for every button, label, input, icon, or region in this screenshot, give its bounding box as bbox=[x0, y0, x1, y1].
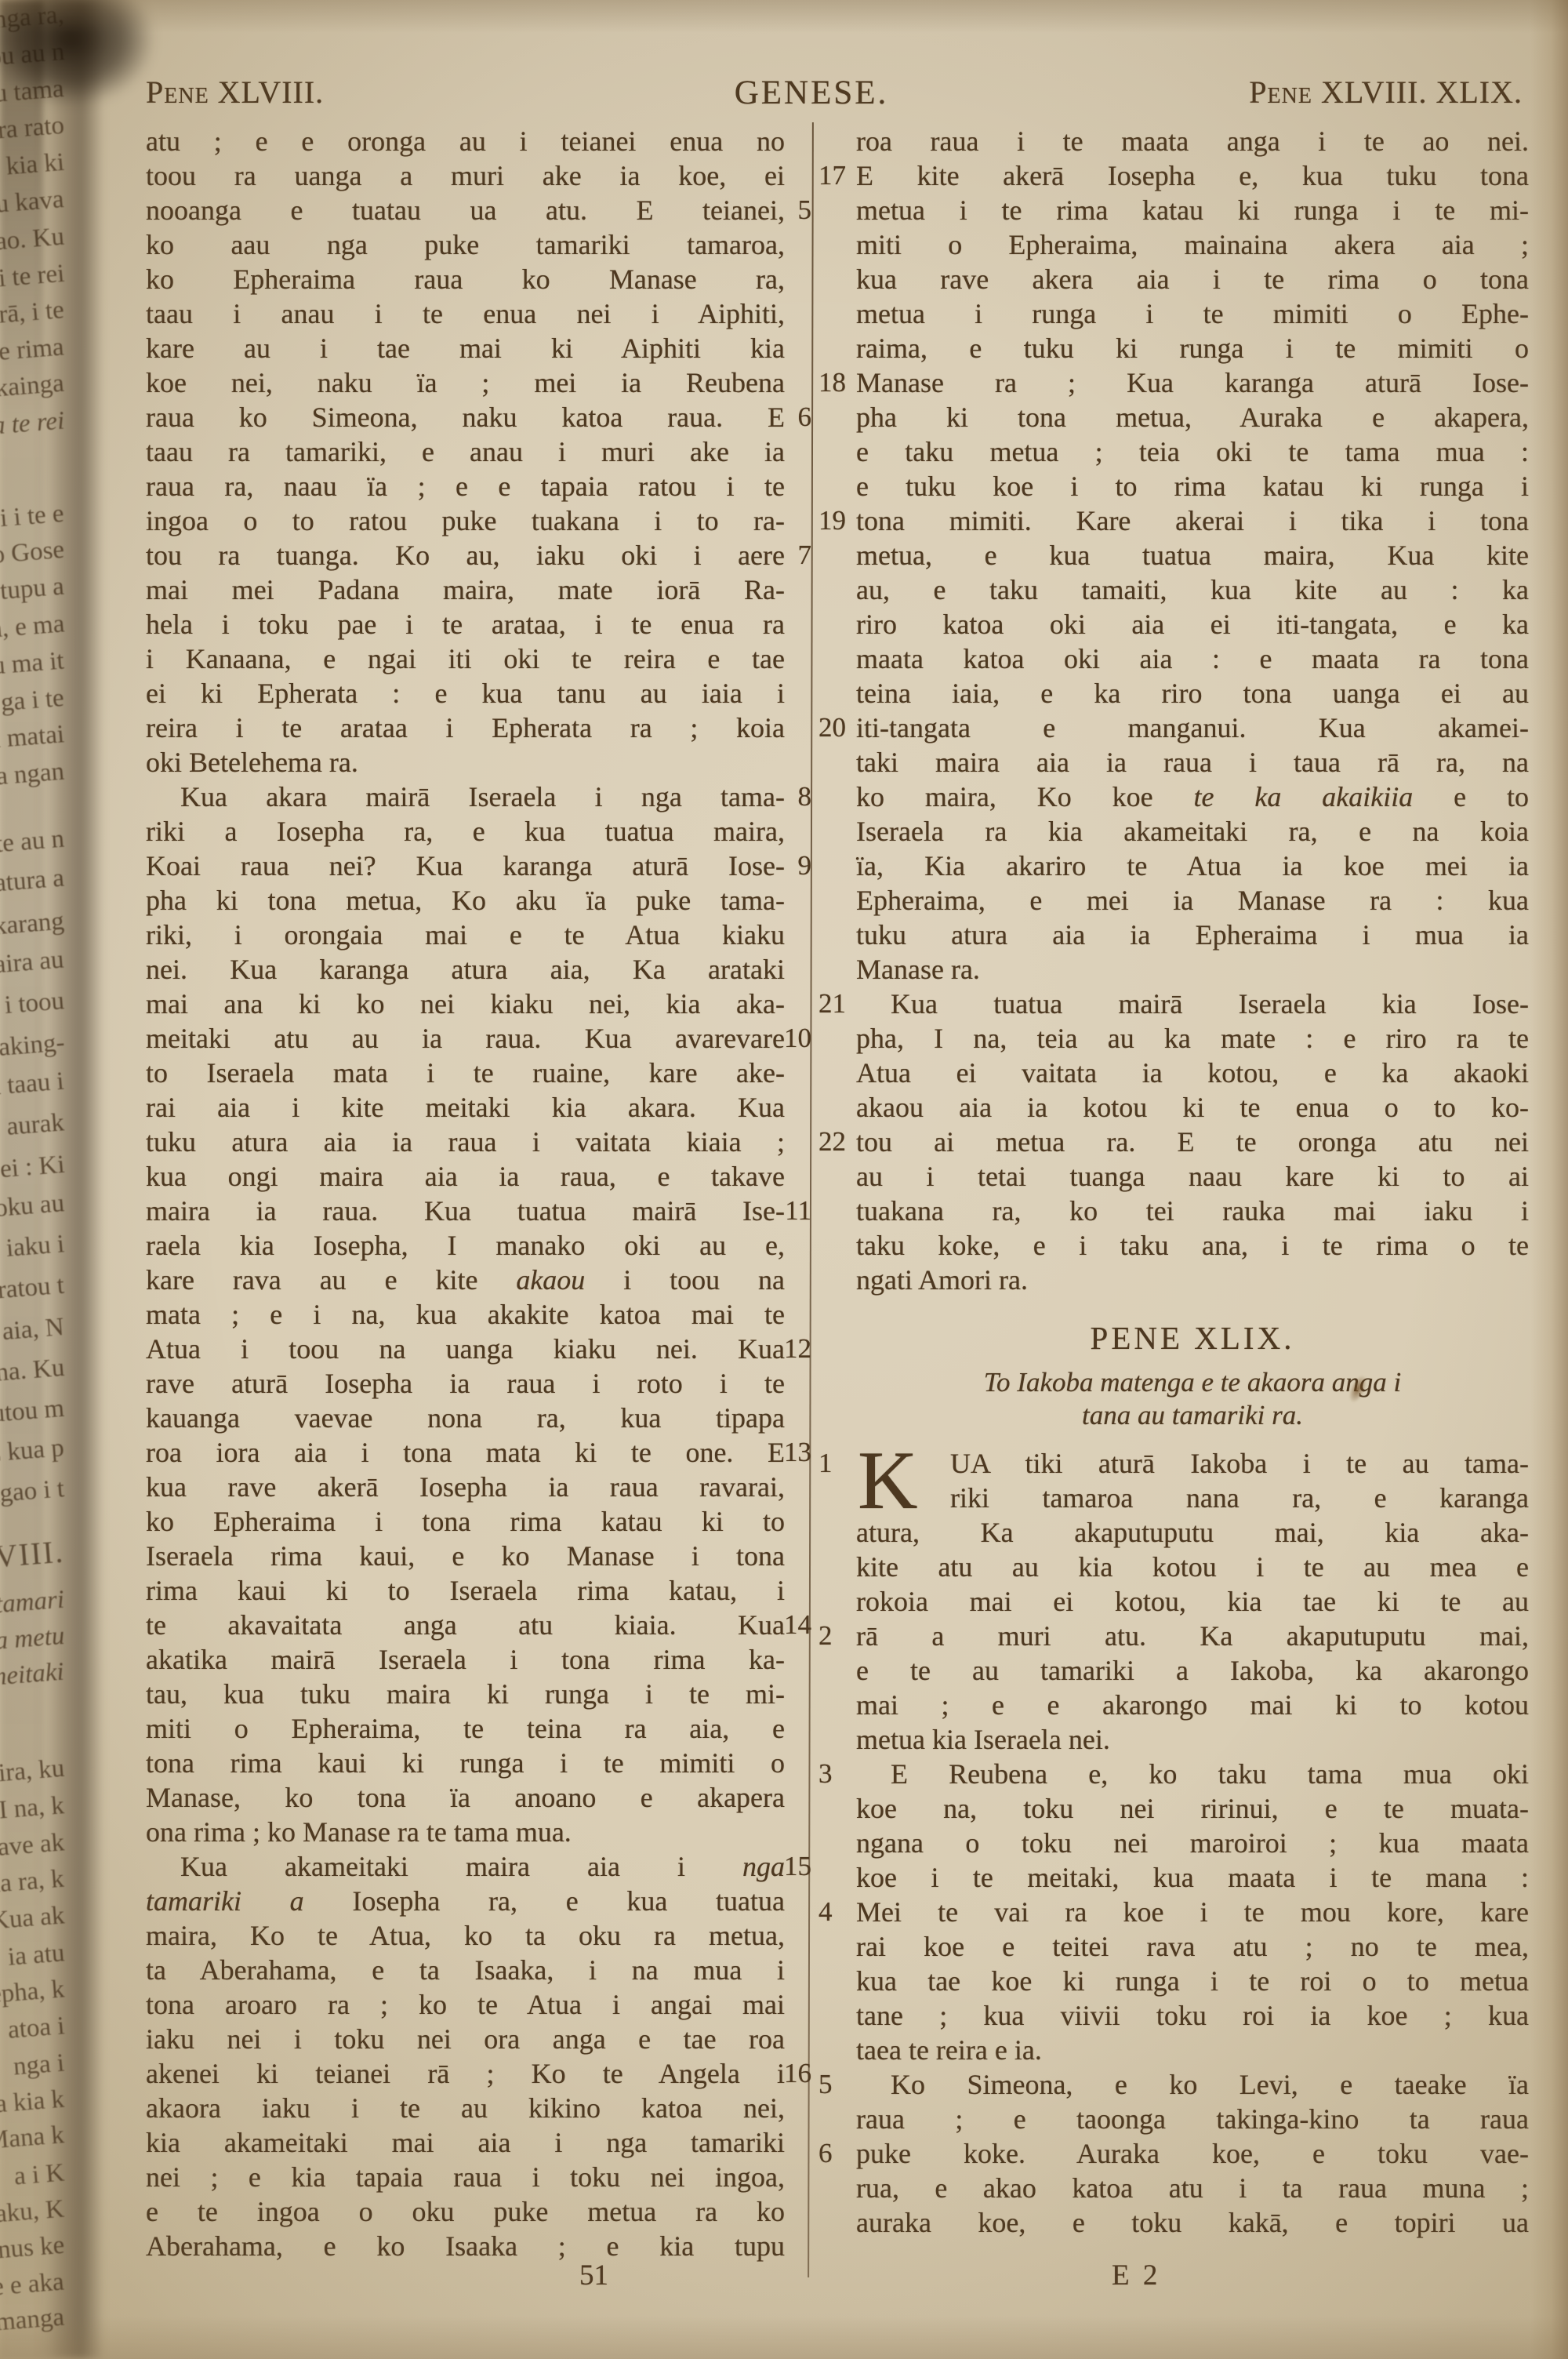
text-line: UA tiki aturā Iakoba i te au tama- bbox=[856, 1446, 1529, 1481]
text-line-content: taau i anau i te enua nei i Aiphiti, bbox=[146, 296, 785, 331]
ghost-text-fragment: aira rato bbox=[0, 111, 65, 147]
text-line: rua, e akao katoa atu i ta raua muna ; bbox=[856, 2171, 1529, 2205]
text-line-content: Manase ra. bbox=[856, 952, 1529, 987]
ghost-text-fragment: tamari bbox=[0, 1586, 65, 1620]
text-line: iaku nei i toku nei ora anga e tae roa bbox=[146, 2022, 785, 2056]
verse-number: 10 bbox=[784, 1021, 811, 1056]
text-line-content: tou ra tuanga. Ko au, iaku oki i aere bbox=[146, 538, 785, 572]
text-line: ko maira, Ko koe te ka akaikiia e to bbox=[856, 780, 1529, 814]
ghost-text-fragment: a kia k bbox=[0, 2085, 65, 2120]
text-line-content: akenei ki teianei rā ; Ko te Angela i bbox=[146, 2056, 785, 2091]
left-text-column: atu ; e e oronga au i teianei enua notoo… bbox=[146, 124, 785, 2263]
text-line: tona mimiti. Kare akerai i tika i tona19 bbox=[856, 503, 1529, 538]
text-line-content: reira i te arataa i Epherata ra ; koia bbox=[146, 711, 785, 745]
text-line: kua rave akera aia i te rima o tona bbox=[856, 262, 1529, 296]
ghost-text-fragment: taking- bbox=[0, 1028, 65, 1063]
text-line: Mei te vai ra koe i te mou kore, kare4 bbox=[856, 1895, 1529, 1929]
text-line: nei. Kua karanga atura aia, Ka arataki bbox=[146, 952, 785, 987]
verse-number: 13 bbox=[784, 1435, 811, 1470]
ghost-text-fragment: a, e ma bbox=[0, 609, 65, 644]
text-line: oki Betelehema ra. bbox=[146, 745, 785, 780]
verse-number: 6 bbox=[818, 2136, 833, 2171]
text-line: mai ana ki ko nei kiaku nei, kia aka- bbox=[146, 987, 785, 1021]
text-line: Manase ra. bbox=[856, 952, 1529, 987]
text-line-content: Epheraima, e mei ia Manase ra : kua bbox=[856, 883, 1529, 918]
text-line: tona rima kaui ki runga i te mimiti o bbox=[146, 1746, 785, 1780]
text-line: E kite akerā Iosepha e, kua tuku tona17 bbox=[856, 158, 1529, 193]
text-line-content: au, e taku tamaiti, kua kite au : ka bbox=[856, 572, 1529, 607]
ghost-text-fragment: toku au bbox=[0, 1189, 65, 1224]
ghost-text-fragment: epha, k bbox=[0, 1975, 65, 2009]
text-line: metua i te rima katau ki runga i te mi- bbox=[856, 193, 1529, 227]
text-line: koe nei, naku ïa ; mei ia Reubena bbox=[146, 365, 785, 400]
text-line: au, e taku tamaiti, kua kite au : ka bbox=[856, 572, 1529, 607]
text-line: roa iora aia i tona mata ki te one. E13 bbox=[146, 1435, 785, 1470]
text-line: riki a Iosepha ra, e kua tuatua maira, bbox=[146, 814, 785, 849]
chapter-subtitle-line: To Iakoba matenga e te akaora anga i bbox=[856, 1366, 1529, 1399]
text-line: tou ra tuanga. Ko au, iaku oki i aere7 bbox=[146, 538, 785, 572]
text-line: atura, Ka akaputuputu mai, kia aka- bbox=[856, 1515, 1529, 1550]
text-line: tuku atura aia ia raua i vaitata kiaia ; bbox=[146, 1125, 785, 1159]
text-line: Iseraela ra kia akameitaki ra, e na koia bbox=[856, 814, 1529, 849]
text-line: meitaki atu au ia raua. Kua avarevare10 bbox=[146, 1021, 785, 1056]
text-line-content: ei ki Epherata : e kua tanu au iaia i bbox=[146, 676, 785, 711]
text-line: raima, e tuku ki runga i te mimiti o bbox=[856, 331, 1529, 365]
text-line-content: ona rima ; ko Manase ra te tama mua. bbox=[146, 1815, 785, 1849]
text-line: ta Aberahama, e ta Isaaka, i na mua i bbox=[146, 1953, 785, 1987]
text-line: rai koe e teitei rava atu ; no te mea, bbox=[856, 1929, 1529, 1964]
ghost-text-fragment: rave ak bbox=[0, 1828, 65, 1863]
ghost-text-fragment: e e aka bbox=[0, 2267, 65, 2302]
text-line-content: e te au tamariki a Iakoba, ka akarongo bbox=[856, 1653, 1529, 1688]
text-line: Iseraela rima kaui, e ko Manase i tona bbox=[146, 1539, 785, 1573]
text-line: metua i runga i te mimiti o Ephe- bbox=[856, 296, 1529, 331]
ghost-text-fragment: atoa i bbox=[6, 2012, 65, 2045]
text-line-content: maira, Ko te Atua, ko ta oku ra metua, bbox=[146, 1918, 785, 1953]
text-line-content: iaku nei i toku nei ora anga e tae roa bbox=[146, 2022, 785, 2056]
verse-number: 8 bbox=[798, 780, 812, 814]
text-line-content: rua, e akao katoa atu i ta raua muna ; bbox=[856, 2171, 1529, 2205]
ghost-text-fragment: ei : Ki bbox=[0, 1150, 65, 1184]
chapter-subtitle: To Iakoba matenga e te akaora anga i tan… bbox=[856, 1366, 1529, 1432]
text-line-content: nei ; e kia tapaia raua i toku nei ingoa… bbox=[146, 2160, 785, 2194]
text-line: kare rava au e kite akaou i toou na bbox=[146, 1263, 785, 1297]
text-line: auraka koe, e toku kakā, e topiri ua bbox=[856, 2205, 1529, 2240]
text-line-content: ko maira, Ko koe te ka akaikiia e to bbox=[856, 780, 1529, 814]
ghost-text-fragment: ainga ra, bbox=[0, 1, 65, 37]
text-line-content: koe nei, naku ïa ; mei ia Reubena bbox=[146, 365, 785, 400]
text-line: raua ko Simeona, naku katoa raua. E6 bbox=[146, 400, 785, 434]
text-line-content: Manase ra ; Kua karanga aturā Iose- bbox=[856, 365, 1529, 400]
text-line: tane ; kua viivii toku roi ia koe ; kua bbox=[856, 1998, 1529, 2033]
ghost-text-fragment: o ratou t bbox=[0, 1271, 65, 1307]
text-line: tamariki a Iosepha ra, e kua tuatua bbox=[146, 1884, 785, 1918]
text-line: ko aau nga puke tamariki tamaroa, bbox=[146, 227, 785, 262]
text-line: akenei ki teianei rā ; Ko te Angela i16 bbox=[146, 2056, 785, 2091]
text-line-content: metua i te rima katau ki runga i te mi- bbox=[856, 193, 1529, 227]
text-line-content: ko Epheraima raua ko Manase ra, bbox=[146, 262, 785, 296]
text-line-content: kauanga vaevae nona ra, kua tipapa bbox=[146, 1401, 785, 1435]
text-line: maira, Ko te Atua, ko ta oku ra metua, bbox=[146, 1918, 785, 1953]
text-line-content: auraka koe, e toku kakā, e topiri ua bbox=[856, 2205, 1529, 2240]
text-line: tuku atura aia ia Epheraima i mua ia bbox=[856, 918, 1529, 952]
text-line-content: Mei te vai ra koe i te mou kore, kare bbox=[856, 1895, 1529, 1929]
ghost-text-fragment: i te rei bbox=[0, 260, 65, 293]
ghost-text-fragment: oe, aurak bbox=[0, 1108, 65, 1144]
text-line: E Reubena e, ko taku tama mua oki3 bbox=[856, 1757, 1529, 1791]
text-line: ko Epheraima raua ko Manase ra, bbox=[146, 262, 785, 296]
ghost-text-fragment: a, tupu a bbox=[0, 572, 65, 609]
text-line-content: rai aia i kite meitaki kia akara. Kua bbox=[146, 1090, 785, 1125]
ghost-text-fragment: a te rei bbox=[0, 406, 65, 441]
ghost-text-fragment: ga i te bbox=[0, 684, 65, 718]
text-line-content: ko aau nga puke tamariki tamaroa, bbox=[146, 227, 785, 262]
text-line: i Kanaana, e ngai iti oki te reira e tae bbox=[146, 642, 785, 676]
verse-number: 5 bbox=[818, 2067, 833, 2102]
verse-number: 21 bbox=[818, 987, 846, 1021]
text-line-content: atura, Ka akaputuputu mai, kia aka- bbox=[856, 1515, 1529, 1550]
signature-mark: E 2 bbox=[1112, 2259, 1160, 2292]
text-line-content: pha, I na, teia au ka mate : e riro ra t… bbox=[856, 1021, 1529, 1056]
ghost-text-fragment: ngao i t bbox=[0, 1474, 65, 1510]
text-line-content: miti o Epheraima, mainaina akera aia ; bbox=[856, 227, 1529, 262]
text-line-content: kite atu au kia kotou i te au mea e bbox=[856, 1550, 1529, 1584]
page-edge-bottom bbox=[0, 2316, 1568, 2359]
ghost-text-fragment: aku, K bbox=[0, 2195, 65, 2230]
text-line: pha ki tona metua, Auraka e akapera, bbox=[856, 400, 1529, 434]
text-line-content: Koai raua nei? Kua karanga aturā Iose- bbox=[146, 849, 785, 883]
verse-number: 18 bbox=[818, 365, 846, 400]
text-line-content: kia akameitaki mai aia i nga tamariki bbox=[146, 2125, 785, 2160]
text-line-content: pha ki tona metua, Ko aku ïa puke tama- bbox=[146, 883, 785, 918]
text-line-content: koe na, toku nei ririnui, e te muata- bbox=[856, 1791, 1529, 1826]
text-line: pha ki tona metua, Ko aku ïa puke tama- bbox=[146, 883, 785, 918]
text-line: ingoa o to ratou puke tuakana i to ra- bbox=[146, 503, 785, 538]
text-line: kua ongi maira aia ia raua, e takave bbox=[146, 1159, 785, 1194]
ghost-text-fragment: atura a bbox=[0, 864, 65, 899]
text-line: raua ra, naau ïa ; e e tapaia ratou i te bbox=[146, 469, 785, 503]
text-line: roa raua i te maata anga i te ao nei. bbox=[856, 124, 1529, 158]
text-line-content: kua tae koe ki runga i te roi o to metua bbox=[856, 1964, 1529, 1998]
running-header-left: Pene XLVIII. bbox=[146, 74, 324, 111]
text-line: toou ra uanga a muri ake ia koe, ei bbox=[146, 158, 785, 193]
text-line-content: kare au i tae mai ki Aiphiti kia bbox=[146, 331, 785, 365]
text-line-content: raela kia Iosepha, I manako oki au e, bbox=[146, 1228, 785, 1263]
text-line: puke koke. Auraka koe, e toku vae-6 bbox=[856, 2136, 1529, 2171]
text-line-content: Iseraela rima kaui, e ko Manase i tona bbox=[146, 1539, 785, 1573]
text-line: rave aturā Iosepha ia raua i roto i te bbox=[146, 1366, 785, 1401]
text-line-content: tuku atura aia ia raua i vaitata kiaia ; bbox=[146, 1125, 785, 1159]
page-number: 51 bbox=[579, 2259, 608, 2292]
text-line-content: e taku metua ; teia oki te tama mua : bbox=[856, 434, 1529, 469]
text-line-content: maira ia raua. Kua tuatua mairā Ise- bbox=[146, 1194, 785, 1228]
text-line: teina iaia, e ka riro tona uanga ei au bbox=[856, 676, 1529, 711]
text-line: raela kia Iosepha, I manako oki au e, bbox=[146, 1228, 785, 1263]
verse-number: 5 bbox=[798, 193, 812, 227]
text-line: reira i te arataa i Epherata ra ; koia bbox=[146, 711, 785, 745]
text-line-content: raua ko Simeona, naku katoa raua. E bbox=[146, 400, 785, 434]
text-line-content: mata ; e i na, kua akakite katoa mai te bbox=[146, 1297, 785, 1332]
text-line: nooanga e tuatau ua atu. E teianei,5 bbox=[146, 193, 785, 227]
ghost-text-fragment: ana ra, k bbox=[0, 1865, 65, 1901]
text-line: miti o Epheraima, mainaina akera aia ; bbox=[856, 227, 1529, 262]
text-line: Kua akameitaki maira aia i nga15 bbox=[146, 1849, 785, 1884]
text-line: ei ki Epherata : e kua tanu au iaia i bbox=[146, 676, 785, 711]
text-line: kauanga vaevae nona ra, kua tipapa bbox=[146, 1401, 785, 1435]
text-line: iti-tangata e manganui. Kua akamei-20 bbox=[856, 711, 1529, 745]
text-line: riki tamaroa nana ra, e karanga bbox=[856, 1481, 1529, 1515]
text-line: to Iseraela mata i te ruaine, kare ake- bbox=[146, 1056, 785, 1090]
ghost-text-fragment: i na. Ku bbox=[0, 1354, 65, 1389]
text-line-content: tamariki a Iosepha ra, e kua tuatua bbox=[146, 1884, 785, 1918]
text-line: mata ; e i na, kua akakite katoa mai te bbox=[146, 1297, 785, 1332]
text-line-content: ngana o toku nei maroiroi ; kua maata bbox=[856, 1826, 1529, 1860]
text-line-content: toou ra uanga a muri ake ia koe, ei bbox=[146, 158, 785, 193]
text-line: taki maira aia ia raua i taua rā ra, na bbox=[856, 745, 1529, 780]
text-line-content: taea te reira e ia. bbox=[856, 2033, 1529, 2067]
text-line-content: taku koke, e i taku ana, i te rima o te bbox=[856, 1228, 1529, 1263]
ghost-text-fragment: ao. Ku bbox=[0, 223, 65, 257]
text-line-content: atu ; e e oronga au i teianei enua no bbox=[146, 124, 785, 158]
text-line: taau i anau i te enua nei i Aiphiti, bbox=[146, 296, 785, 331]
text-line-content: E kite akerā Iosepha e, kua tuku tona bbox=[856, 158, 1529, 193]
verse-number: 11 bbox=[785, 1194, 811, 1228]
ghost-text-fragment: a aia, N bbox=[0, 1313, 65, 1348]
text-line-content: tou ai metua ra. E te oronga atu nei bbox=[856, 1125, 1529, 1159]
ghost-text-fragment: i : kia ki bbox=[0, 148, 65, 184]
text-line-content: kua ongi maira aia ia raua, e takave bbox=[146, 1159, 785, 1194]
text-line-content: tona rima kaui ki runga i te mimiti o bbox=[146, 1746, 785, 1780]
verse-number: 2 bbox=[818, 1619, 833, 1653]
text-line-content: ïa, Kia akariro te Atua ia koe mei ia bbox=[856, 849, 1529, 883]
text-line: Atua i toou na uanga kiaku nei. Kua12 bbox=[146, 1332, 785, 1366]
verse-number: 15 bbox=[784, 1849, 811, 1884]
text-line: nei ; e kia tapaia raua i toku nei ingoa… bbox=[146, 2160, 785, 2194]
text-line-content: tuakana ra, ko tei rauka mai iaku i bbox=[856, 1194, 1529, 1228]
text-line: Kua tuatua mairā Iseraela kia Iose-21 bbox=[856, 987, 1529, 1021]
text-line-content: tona mimiti. Kare akerai i tika i tona bbox=[856, 503, 1529, 538]
text-line: rai aia i kite meitaki kia akara. Kua bbox=[146, 1090, 785, 1125]
verse-number: 14 bbox=[784, 1608, 811, 1642]
text-line-content: rā a muri atu. Ka akaputuputu mai, bbox=[856, 1619, 1529, 1653]
ghost-text-fragment: E kua p bbox=[0, 1434, 65, 1469]
text-line-content: mai ana ki ko nei kiaku nei, kia aka- bbox=[146, 987, 785, 1021]
ghost-text-fragment: u ma it bbox=[0, 646, 65, 681]
text-line: akaou aia ia kotou ki te enua o to ko- bbox=[856, 1090, 1529, 1125]
text-line-content: iti-tangata e manganui. Kua akamei- bbox=[856, 711, 1529, 745]
ghost-text-fragment: outou m bbox=[0, 1394, 65, 1430]
text-line-content: riki, i orongaia mai e te Atua kiaku bbox=[146, 918, 785, 952]
verse-number: 1 bbox=[818, 1446, 833, 1481]
text-line: pha, I na, teia au ka mate : e riro ra t… bbox=[856, 1021, 1529, 1056]
text-line-content: metua i runga i te mimiti o Ephe- bbox=[856, 296, 1529, 331]
text-line-content: ko Epheraima i tona rima katau ki to bbox=[146, 1504, 785, 1539]
ghost-text-fragment: ia atu bbox=[6, 1939, 65, 1972]
text-line: taea te reira e ia. bbox=[856, 2033, 1529, 2067]
text-line: koe na, toku nei ririnui, e te muata- bbox=[856, 1791, 1529, 1826]
ghost-text-fragment: VIII. bbox=[0, 1533, 66, 1576]
text-line: Manase ra ; Kua karanga aturā Iose-18 bbox=[856, 365, 1529, 400]
book-gutter-ghost-text: ainga ra,tou au nau tamaaira ratoi : kia… bbox=[0, 0, 85, 2359]
text-line-content: nei. Kua karanga atura aia, Ka arataki bbox=[146, 952, 785, 987]
text-line-content: Ko Simeona, e ko Levi, e taeake ïa bbox=[856, 2067, 1529, 2102]
text-line: e te ingoa o oku puke metua ra ko bbox=[146, 2194, 785, 2229]
text-line-content: maata katoa oki aia : e maata ra tona bbox=[856, 642, 1529, 676]
text-line-content: tuku atura aia ia Epheraima i mua ia bbox=[856, 918, 1529, 952]
text-line-content: rai koe e teitei rava atu ; no te mea, bbox=[856, 1929, 1529, 1964]
ghost-text-fragment: te au n bbox=[0, 825, 65, 860]
ghost-text-fragment: tou au n bbox=[0, 38, 65, 73]
text-line: mai ; e e akarongo mai ki to kotou bbox=[856, 1688, 1529, 1722]
text-line: riro katoa oki aia ei iti-tangata, e ka bbox=[856, 607, 1529, 642]
ghost-text-fragment: a ngan bbox=[0, 758, 65, 792]
text-line: ngana o toku nei maroiroi ; kua maata bbox=[856, 1826, 1529, 1860]
text-line-content: ngati Amori ra. bbox=[856, 1263, 1529, 1297]
text-line-content: roa iora aia i tona mata ki te one. E bbox=[146, 1435, 785, 1470]
text-line: riki, i orongaia mai e te Atua kiaku bbox=[146, 918, 785, 952]
text-line: metua kia Iseraela nei. bbox=[856, 1722, 1529, 1757]
text-line-content: metua, e kua tuatua maira, Kua kite bbox=[856, 538, 1529, 572]
text-line-content: koe i te meitaki, kua maata i te mana : bbox=[856, 1860, 1529, 1895]
text-line-content: raima, e tuku ki runga i te mimiti o bbox=[856, 331, 1529, 365]
verse-number: 9 bbox=[798, 849, 812, 883]
ghost-text-fragment: i rā, i te bbox=[0, 296, 65, 331]
text-line: Epheraima, e mei ia Manase ra : kua bbox=[856, 883, 1529, 918]
ghost-text-fragment: ou taau i bbox=[0, 1067, 65, 1103]
text-line-content: au i tetai tuanga naau kare ki to ai bbox=[856, 1159, 1529, 1194]
text-line: maira ia raua. Kua tuatua mairā Ise-11 bbox=[146, 1194, 785, 1228]
text-line-content: akaou aia ia kotou ki te enua o to ko- bbox=[856, 1090, 1529, 1125]
text-line: ïa, Kia akariro te Atua ia koe mei ia bbox=[856, 849, 1529, 883]
text-line: ngati Amori ra. bbox=[856, 1263, 1529, 1297]
text-line-content: i Kanaana, e ngai iti oki te reira e tae bbox=[146, 642, 785, 676]
text-line-content: mai mei Padana maira, mate iorā Ra- bbox=[146, 572, 785, 607]
text-line: Ko Simeona, e ko Levi, e taeake ïa5 bbox=[856, 2067, 1529, 2102]
text-line-content: raua ra, naau ïa ; e e tapaia ratou i te bbox=[146, 469, 785, 503]
text-line-content: kare rava au e kite akaou i toou na bbox=[146, 1263, 785, 1297]
running-header-title: GENESE. bbox=[735, 74, 889, 112]
text-line-content: taki maira aia ia raua i taua rā ra, na bbox=[856, 745, 1529, 780]
text-line-content: tane ; kua viivii toku roi ia koe ; kua bbox=[856, 1998, 1529, 2033]
text-line-content: metua kia Iseraela nei. bbox=[856, 1722, 1529, 1757]
chapter-subtitle-line: tana au tamariki ra. bbox=[856, 1399, 1529, 1432]
text-line-content: Manase, ko tona ïa anoano e akapera bbox=[146, 1780, 785, 1815]
text-line: taau ra tamariki, e anau i muri ake ia bbox=[146, 434, 785, 469]
text-line-content: oki Betelehema ra. bbox=[146, 745, 785, 780]
text-line-content: teina iaia, e ka riro tona uanga ei au bbox=[856, 676, 1529, 711]
ghost-text-fragment: i i te e bbox=[0, 500, 65, 533]
text-line-content: rave aturā Iosepha ia raua i roto i te bbox=[146, 1366, 785, 1401]
text-line-content: Kua akara mairā Iseraela i nga tama- bbox=[146, 780, 785, 814]
ghost-text-fragment: u matai bbox=[0, 720, 65, 755]
text-line: kare au i tae mai ki Aiphiti kia bbox=[146, 331, 785, 365]
right-text-column: roa raua i te maata anga i te ao nei.E k… bbox=[856, 124, 1529, 2240]
text-line-content: ingoa o to ratou puke tuakana i to ra- bbox=[146, 503, 785, 538]
text-line: Atua ei vaitata ia kotou, e ka akaoki bbox=[856, 1056, 1529, 1090]
text-line-content: ta Aberahama, e ta Isaaka, i na mua i bbox=[146, 1953, 785, 1987]
text-line: koe i te meitaki, kua maata i te mana : bbox=[856, 1860, 1529, 1895]
ghost-text-fragment: ko Gose bbox=[0, 536, 65, 571]
verse-number: 19 bbox=[818, 503, 846, 538]
page-edge-right bbox=[1530, 0, 1568, 2359]
text-line: tau, kua tuku maira ki runga i te mi- bbox=[146, 1677, 785, 1711]
verse-number: 4 bbox=[818, 1895, 833, 1929]
running-header-right: Pene XLVIII. XLIX. bbox=[1249, 74, 1523, 111]
text-line: maata katoa oki aia : e maata ra tona bbox=[856, 642, 1529, 676]
text-line-content: roa raua i te maata anga i te ao nei. bbox=[856, 124, 1529, 158]
text-line-content: puke koke. Auraka koe, e toku vae- bbox=[856, 2136, 1529, 2171]
ghost-text-fragment: ameitaki bbox=[0, 1658, 65, 1694]
text-line-content: e tuku koe i to rima katau ki runga i bbox=[856, 469, 1529, 503]
text-line: rima kaui ki to Iseraela rima katau, i bbox=[146, 1573, 785, 1608]
text-line: ona rima ; ko Manase ra te tama mua. bbox=[146, 1815, 785, 1849]
text-line: Kua akara mairā Iseraela i nga tama-8 bbox=[146, 780, 785, 814]
text-line: te akavaitata anga atu kiaia. Kua14 bbox=[146, 1608, 785, 1642]
ghost-text-fragment: Mana k bbox=[0, 2121, 65, 2156]
text-line: kite atu au kia kotou i te au mea e bbox=[856, 1550, 1529, 1584]
ghost-text-fragment: nus ke bbox=[0, 2231, 65, 2266]
text-line: tuakana ra, ko tei rauka mai iaku i bbox=[856, 1194, 1529, 1228]
text-line: kia akameitaki mai aia i nga tamariki bbox=[146, 2125, 785, 2160]
text-line: raua ; e taoonga takinga-kino ta raua bbox=[856, 2102, 1529, 2136]
text-line: miti o Epheraima, te teina ra aia, e bbox=[146, 1711, 785, 1746]
text-line: e taku metua ; teia oki te tama mua : bbox=[856, 434, 1529, 469]
text-line-content: E Reubena e, ko taku tama mua oki bbox=[856, 1757, 1529, 1791]
text-line-content: riro katoa oki aia ei iti-tangata, e ka bbox=[856, 607, 1529, 642]
text-line: ko Epheraima i tona rima katau ki to bbox=[146, 1504, 785, 1539]
text-line: metua, e kua tuatua maira, Kua kite bbox=[856, 538, 1529, 572]
text-line-content: rima kaui ki to Iseraela rima katau, i bbox=[146, 1573, 785, 1608]
text-line: atu ; e e oronga au i teianei enua no bbox=[146, 124, 785, 158]
verse-number: 17 bbox=[818, 158, 846, 193]
verse-number: 7 bbox=[798, 538, 812, 572]
text-line: kua rave akerā Iosepha ia raua ravarai, bbox=[146, 1470, 785, 1504]
text-line-content: Kua tuatua mairā Iseraela kia Iose- bbox=[856, 987, 1529, 1021]
ghost-text-fragment: na metu bbox=[0, 1622, 65, 1657]
ghost-text-fragment: te rima bbox=[0, 333, 65, 367]
text-line-content: taau ra tamariki, e anau i muri ake ia bbox=[146, 434, 785, 469]
text-line-content: nooanga e tuatau ua atu. E teianei, bbox=[146, 193, 785, 227]
text-line: Koai raua nei? Kua karanga aturā Iose-9 bbox=[146, 849, 785, 883]
text-line-content: UA tiki aturā Iakoba i te au tama- bbox=[856, 1446, 1529, 1481]
ghost-text-fragment: e iaku i bbox=[0, 1230, 65, 1265]
ghost-text-fragment: , I na, k bbox=[0, 1791, 65, 1826]
text-line-content: pha ki tona metua, Auraka e akapera, bbox=[856, 400, 1529, 434]
text-line: hela i toku pae i te arataa, i te enua r… bbox=[146, 607, 785, 642]
ghost-text-fragment: ira, ku bbox=[0, 1754, 65, 1789]
text-line: au i tetai tuanga naau kare ki to ai bbox=[856, 1159, 1529, 1194]
verse-number: 16 bbox=[784, 2056, 811, 2091]
text-line-content: akatika mairā Iseraela i tona rima ka- bbox=[146, 1642, 785, 1677]
ghost-text-fragment: nga i bbox=[13, 2049, 66, 2082]
text-line: Aberahama, e ko Isaaka ; e kia tupu bbox=[146, 2229, 785, 2263]
verse1-dropcap-block: 1 K UA tiki aturā Iakoba i te au tama-ri… bbox=[856, 1446, 1529, 1515]
text-line-content: meitaki atu au ia raua. Kua avarevare bbox=[146, 1021, 785, 1056]
ghost-text-fragment: maira au bbox=[0, 946, 65, 982]
text-line-content: tona aroaro ra ; ko te Atua i angai mai bbox=[146, 1987, 785, 2022]
text-line-content: e te ingoa o oku puke metua ra ko bbox=[146, 2194, 785, 2229]
text-line: taku koke, e i taku ana, i te rima o te bbox=[856, 1228, 1529, 1263]
scanned-book-page: ainga ra,tou au nau tamaaira ratoi : kia… bbox=[0, 0, 1568, 2359]
text-line-content: akaora iaku i te au kikino katoa nei, bbox=[146, 2091, 785, 2125]
text-line: e te au tamariki a Iakoba, ka akarongo bbox=[856, 1653, 1529, 1688]
text-line-content: miti o Epheraima, te teina ra aia, e bbox=[146, 1711, 785, 1746]
text-line-content: kua rave akerā Iosepha ia raua ravarai, bbox=[146, 1470, 785, 1504]
right-column-genesis49-lines: atura, Ka akaputuputu mai, kia aka-kite … bbox=[856, 1515, 1529, 2240]
text-line: e tuku koe i to rima katau ki runga i bbox=[856, 469, 1529, 503]
text-line-content: to Iseraela mata i te ruaine, kare ake- bbox=[146, 1056, 785, 1090]
verse-number: 12 bbox=[784, 1332, 811, 1366]
